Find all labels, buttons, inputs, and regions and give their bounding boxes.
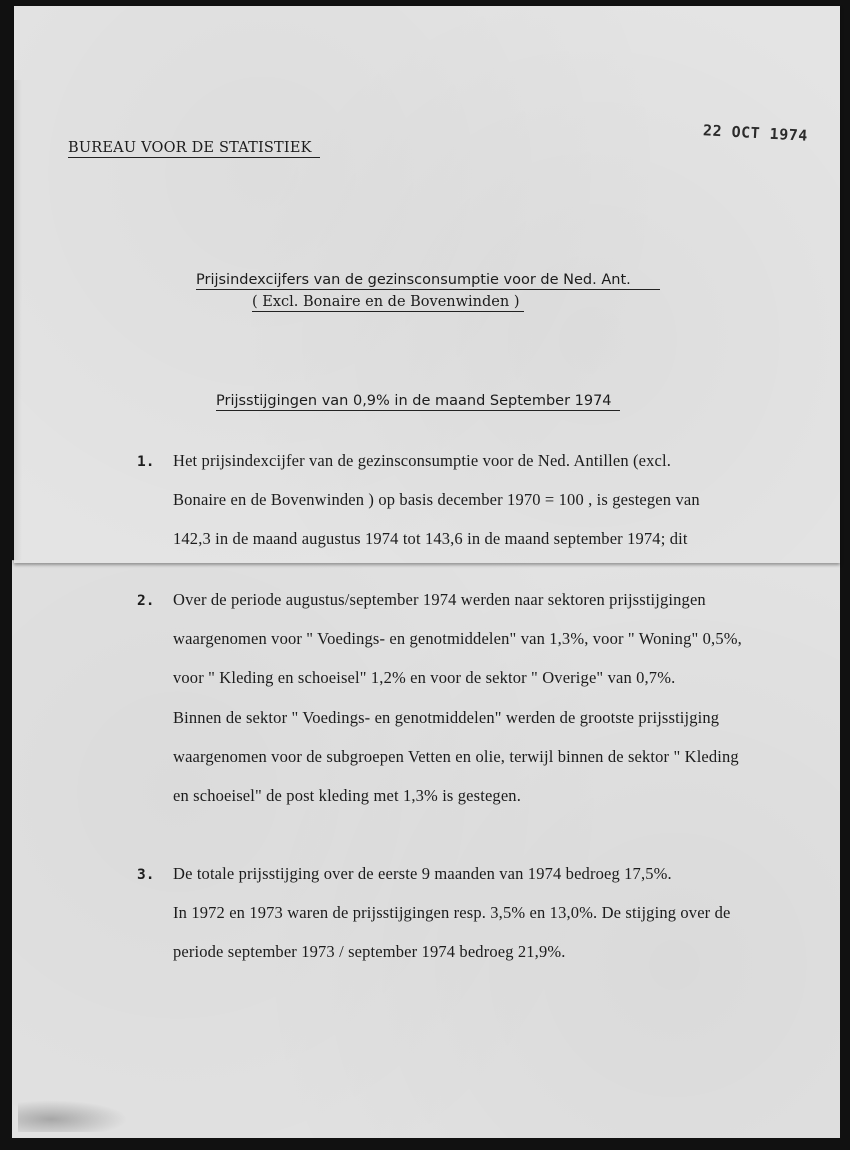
paragraph-line: In 1972 en 1973 waren de prijsstijgingen… bbox=[173, 903, 730, 923]
paragraph-line: Het prijsindexcijfer van de gezinsconsum… bbox=[173, 451, 671, 471]
paragraph-line: 142,3 in de maand augustus 1974 tot 143,… bbox=[173, 529, 688, 549]
paper-fold-shadow bbox=[14, 80, 22, 560]
paragraph-line: waargenomen voor de subgroepen Vetten en… bbox=[173, 747, 739, 767]
document-title: Prijsindexcijfers van de gezinsconsumpti… bbox=[196, 272, 660, 290]
document-subtitle: Prijsstijgingen van 0,9% in de maand Sep… bbox=[216, 393, 620, 411]
paragraph-line: voor " Kleding en schoeisel" 1,2% en voo… bbox=[173, 668, 675, 688]
section-number: 2. bbox=[137, 593, 154, 609]
paragraph-line: Binnen de sektor " Voedings- en genotmid… bbox=[173, 708, 719, 728]
paragraph-line: en schoeisel" de post kleding met 1,3% i… bbox=[173, 786, 521, 806]
ink-smudge bbox=[18, 1100, 128, 1132]
paragraph-line: Over de periode augustus/september 1974 … bbox=[173, 590, 706, 610]
section-number: 1. bbox=[137, 454, 154, 470]
paragraph-line: De totale prijsstijging over de eerste 9… bbox=[173, 864, 672, 884]
paragraph-line: waargenomen voor " Voedings- en genotmid… bbox=[173, 629, 742, 649]
organization-header: BUREAU VOOR DE STATISTIEK bbox=[68, 140, 320, 158]
section-number: 3. bbox=[137, 867, 154, 883]
document-title-subline: ( Excl. Bonaire en de Bovenwinden ) bbox=[252, 294, 524, 312]
paragraph-line: Bonaire en de Bovenwinden ) op basis dec… bbox=[173, 490, 700, 510]
paragraph-line: periode september 1973 / september 1974 … bbox=[173, 942, 566, 962]
